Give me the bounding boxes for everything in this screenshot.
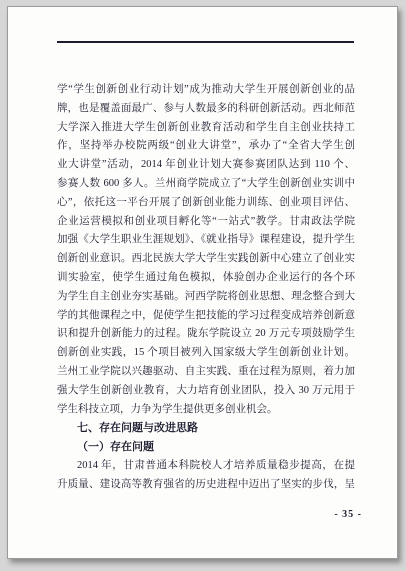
- page-body-text: 学“学生创新创业行动计划”成为推动大学生开展创新创业的品 牌，也是覆盖面最广、参…: [57, 81, 355, 524]
- text-line: 作，坚持举办校院两级“创业大讲堂”，承办了“全省大学生创: [57, 137, 355, 156]
- text-line: 企业运营模拟和创业项目孵化等“一站式”教学。甘肃政法学院: [57, 213, 355, 232]
- subsection-heading: （一）存在问题: [57, 438, 355, 457]
- page-number: - 35 -: [57, 506, 362, 525]
- text-line: 创新创业意识。西北民族大学大学生实践创新中心建立了创业实: [57, 250, 355, 269]
- text-line: 学“学生创新创业行动计划”成为推动大学生开展创新创业的品: [57, 81, 355, 100]
- text-line: 学生科技立项，力争为学生提供更多创业机会。: [57, 401, 355, 420]
- text-line: 为学生自主创业夯实基础。河西学院将创业思想、理念整合到大: [57, 288, 355, 307]
- text-line: 训实验室，使学生通过角色模拟，体验创办企业运行的各个环节，: [57, 269, 355, 288]
- text-line: 学的其他课程之中，促使学生把技能的学习过程变成培养创新意: [57, 307, 355, 326]
- text-line: 加强《大学生职业生涯规划》、《就业指导》课程建设，提升学生: [57, 231, 355, 250]
- text-line: 识和提升创新能力的过程。陇东学院设立 20 万元专项鼓励学生: [57, 325, 355, 344]
- text-line: 参赛人数 600 多人。兰州商学院成立了“大学生创新创业实训中: [57, 175, 355, 194]
- text-line: 2014 年，甘肃普通本科院校人才培养质量稳步提高，在提: [57, 457, 355, 476]
- text-line: 心”，依托这一平台开展了创新创业能力训练、创业项目评估、: [57, 194, 355, 213]
- text-line: 业大讲堂”活动，2014 年创业计划大赛参赛团队达到 110 个、: [57, 156, 355, 175]
- text-line: 创新创业实践，15 个项目被列入国家级大学生创新创业计划。: [57, 344, 355, 363]
- scan-background: 学“学生创新创业行动计划”成为推动大学生开展创新创业的品 牌，也是覆盖面最广、参…: [0, 0, 406, 571]
- text-line: 大学深入推进大学生创新创业教育活动和学生自主创业扶持工: [57, 119, 355, 138]
- section-heading: 七、存在问题与改进思路: [57, 419, 355, 438]
- text-line: 兰州工业学院以兴趣驱动、自主实践、重在过程为原则，着力加: [57, 363, 355, 382]
- header-rule-divider: [57, 41, 354, 43]
- document-page: 学“学生创新创业行动计划”成为推动大学生开展创新创业的品 牌，也是覆盖面最广、参…: [7, 6, 398, 559]
- text-line: 牌，也是覆盖面最广、参与人数最多的科研创新活动。西北师范: [57, 100, 355, 119]
- text-line: 强大学生创新创业教育，大力培育创业团队，投入 30 万元用于: [57, 382, 355, 401]
- text-line: 升质量、建设高等教育强省的历史进程中迈出了坚实的步伐，呈: [57, 476, 355, 495]
